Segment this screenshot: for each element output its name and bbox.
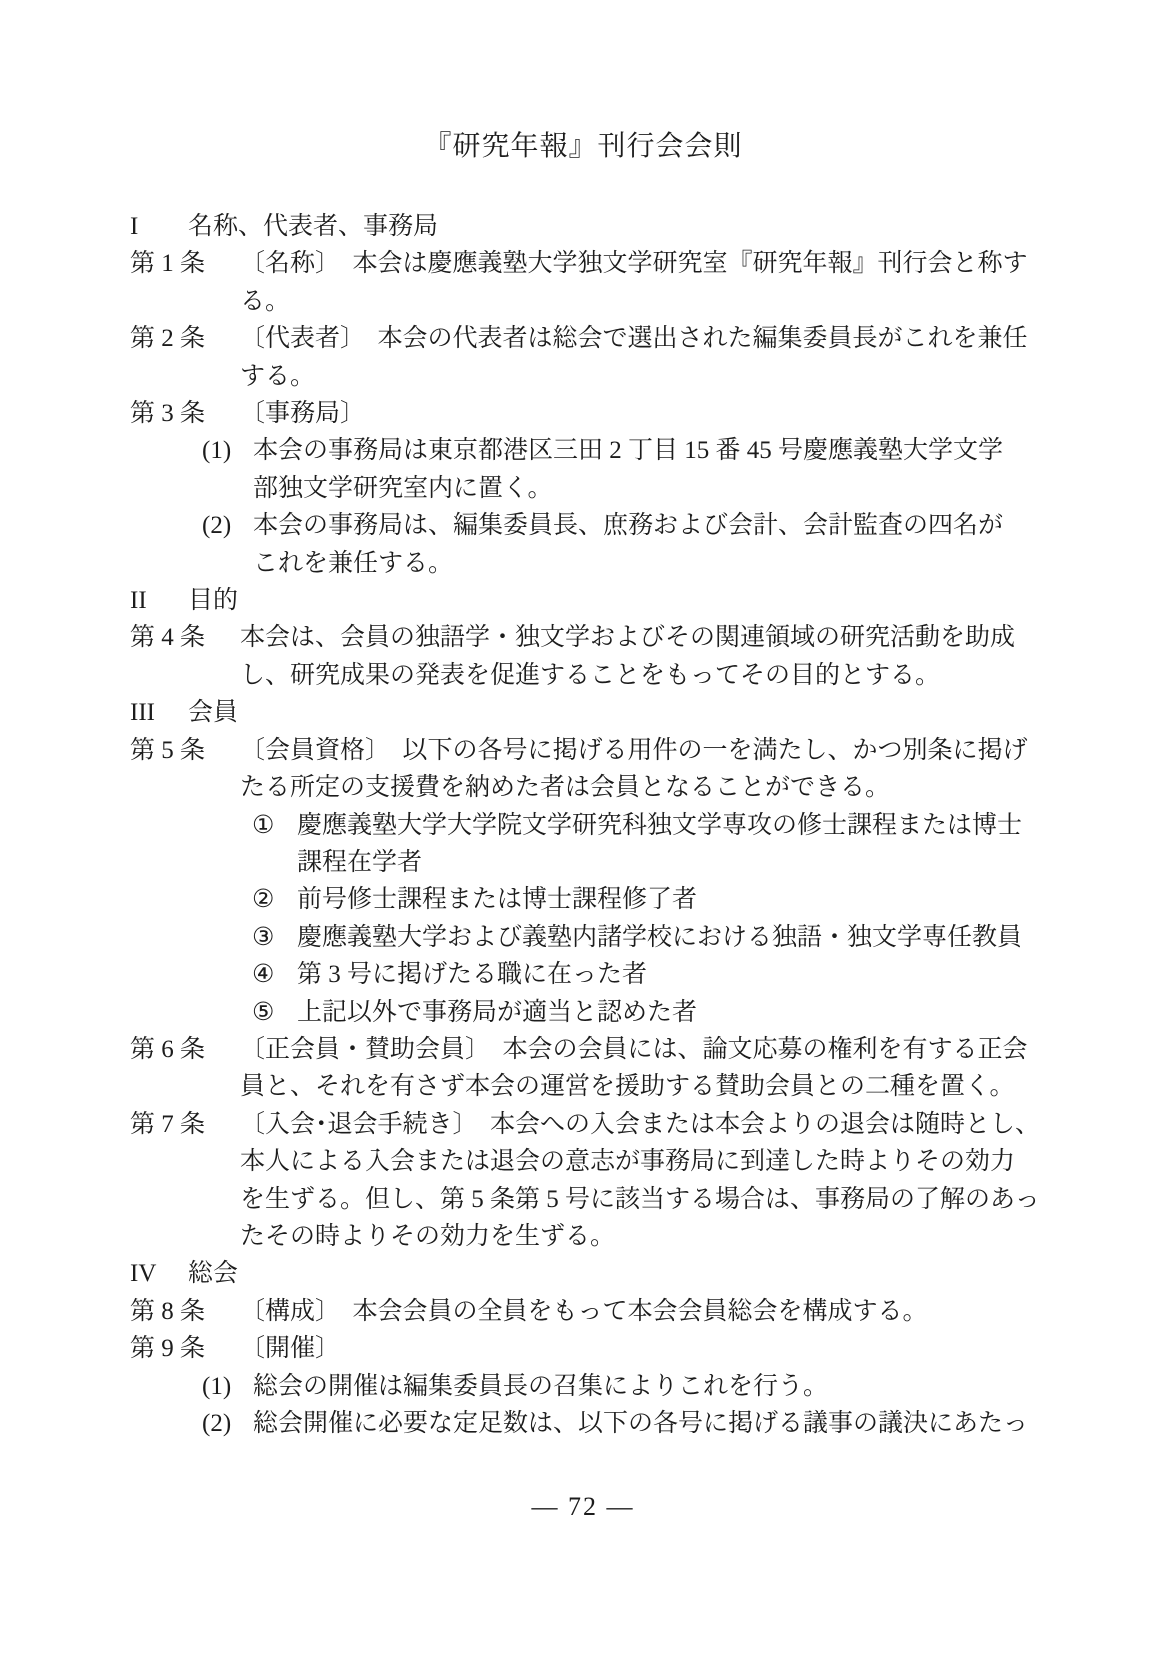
document-line: ④第 3 号に掲げたる職に在った者 [130, 956, 1130, 993]
line-text: 名称、代表者、事務局 [188, 208, 1130, 245]
line-text: 〔代表者〕 本会の代表者は総会で選出された編集委員長がこれを兼任 する。 [240, 320, 1130, 395]
line-marker: 第 3 条 [130, 395, 240, 432]
line-marker: II [130, 582, 188, 619]
line-marker: (2) [202, 1405, 253, 1442]
line-text: 慶應義塾大学および義塾内諸学校における独語・独文学専任教員 [297, 919, 1130, 956]
line-text: 前号修士課程または博士課程修了者 [297, 881, 1130, 918]
document-title: 『研究年報』刊行会会則 [0, 128, 1166, 165]
line-text: 〔事務局〕 [240, 395, 1130, 432]
document-line: 第 2 条〔代表者〕 本会の代表者は総会で選出された編集委員長がこれを兼任 する… [130, 320, 1130, 395]
line-marker: 第 1 条 [130, 245, 240, 282]
document-line: (2)本会の事務局は、編集委員長、庶務および会計、会計監査の四名が これを兼任す… [130, 507, 1130, 582]
line-marker: (1) [202, 1368, 253, 1405]
line-marker: 第 8 条 [130, 1293, 240, 1330]
line-text: 本会の事務局は東京都港区三田 2 丁目 15 番 45 号慶應義塾大学文学 部独… [253, 432, 1130, 507]
line-marker: (1) [202, 432, 253, 469]
document-line: 第 4 条本会は、会員の独語学・独文学およびその関連領域の研究活動を助成 し、研… [130, 619, 1130, 694]
document-line: 第 7 条〔入会･退会手続き〕 本会への入会または本会よりの退会は随時とし、 本… [130, 1106, 1130, 1256]
line-marker: 第 9 条 [130, 1330, 240, 1367]
line-text: 〔会員資格〕 以下の各号に掲げる用件の一を満たし、かつ別条に掲げ たる所定の支援… [240, 732, 1130, 807]
line-marker: III [130, 694, 188, 731]
section-heading: IV総会 [130, 1255, 1130, 1292]
document-page: 『研究年報』刊行会会則 I名称、代表者、事務局第 1 条〔名称〕 本会は慶應義塾… [0, 0, 1166, 1654]
line-text: 本会の事務局は、編集委員長、庶務および会計、会計監査の四名が これを兼任する。 [253, 507, 1130, 582]
page-number: — 72 — [0, 1488, 1166, 1525]
line-marker: ⑤ [252, 994, 297, 1031]
line-marker: 第 6 条 [130, 1031, 240, 1068]
line-text: 目的 [188, 582, 1130, 619]
document-line: ⑤上記以外で事務局が適当と認めた者 [130, 994, 1130, 1031]
line-text: 慶應義塾大学大学院文学研究科独文学専攻の修士課程または博士 課程在学者 [297, 807, 1130, 882]
document-line: ③慶應義塾大学および義塾内諸学校における独語・独文学専任教員 [130, 919, 1130, 956]
line-marker: 第 7 条 [130, 1106, 240, 1143]
line-text: 総会開催に必要な定足数は、以下の各号に掲げる議事の議決にあたっ [253, 1405, 1130, 1442]
section-heading: I名称、代表者、事務局 [130, 208, 1130, 245]
line-text: 本会は、会員の独語学・独文学およびその関連領域の研究活動を助成 し、研究成果の発… [240, 619, 1130, 694]
line-marker: 第 5 条 [130, 732, 240, 769]
document-line: 第 8 条〔構成〕 本会会員の全員をもって本会会員総会を構成する。 [130, 1293, 1130, 1330]
line-text: 第 3 号に掲げたる職に在った者 [297, 956, 1130, 993]
line-text: 〔入会･退会手続き〕 本会への入会または本会よりの退会は随時とし、 本人による入… [240, 1106, 1130, 1256]
line-marker: ③ [252, 919, 297, 956]
document-line: 第 5 条〔会員資格〕 以下の各号に掲げる用件の一を満たし、かつ別条に掲げ たる… [130, 732, 1130, 807]
document-line: 第 6 条〔正会員・賛助会員〕 本会の会員には、論文応募の権利を有する正会 員と… [130, 1031, 1130, 1106]
document-line: (1)本会の事務局は東京都港区三田 2 丁目 15 番 45 号慶應義塾大学文学… [130, 432, 1130, 507]
line-text: 〔正会員・賛助会員〕 本会の会員には、論文応募の権利を有する正会 員と、それを有… [240, 1031, 1130, 1106]
document-line: ①慶應義塾大学大学院文学研究科独文学専攻の修士課程または博士 課程在学者 [130, 807, 1130, 882]
document-line: 第 1 条〔名称〕 本会は慶應義塾大学独文学研究室『研究年報』刊行会と称す る。 [130, 245, 1130, 320]
line-text: 総会の開催は編集委員長の召集によりこれを行う。 [253, 1368, 1130, 1405]
document-line: 第 3 条〔事務局〕 [130, 395, 1130, 432]
section-heading: II目的 [130, 582, 1130, 619]
line-marker: ④ [252, 956, 297, 993]
document-body: I名称、代表者、事務局第 1 条〔名称〕 本会は慶應義塾大学独文学研究室『研究年… [130, 208, 1130, 1442]
document-line: (2)総会開催に必要な定足数は、以下の各号に掲げる議事の議決にあたっ [130, 1405, 1130, 1442]
line-marker: 第 4 条 [130, 619, 240, 656]
line-marker: 第 2 条 [130, 320, 240, 357]
line-text: 会員 [188, 694, 1130, 731]
line-marker: (2) [202, 507, 253, 544]
document-line: ②前号修士課程または博士課程修了者 [130, 881, 1130, 918]
line-text: 〔構成〕 本会会員の全員をもって本会会員総会を構成する。 [240, 1293, 1130, 1330]
line-text: 上記以外で事務局が適当と認めた者 [297, 994, 1130, 1031]
document-line: 第 9 条〔開催〕 [130, 1330, 1130, 1367]
section-heading: III会員 [130, 694, 1130, 731]
line-text: 〔名称〕 本会は慶應義塾大学独文学研究室『研究年報』刊行会と称す る。 [240, 245, 1130, 320]
line-text: 総会 [188, 1255, 1130, 1292]
line-marker: ① [252, 807, 297, 844]
line-marker: IV [130, 1255, 188, 1292]
line-text: 〔開催〕 [240, 1330, 1130, 1367]
line-marker: ② [252, 881, 297, 918]
document-line: (1)総会の開催は編集委員長の召集によりこれを行う。 [130, 1368, 1130, 1405]
line-marker: I [130, 208, 188, 245]
